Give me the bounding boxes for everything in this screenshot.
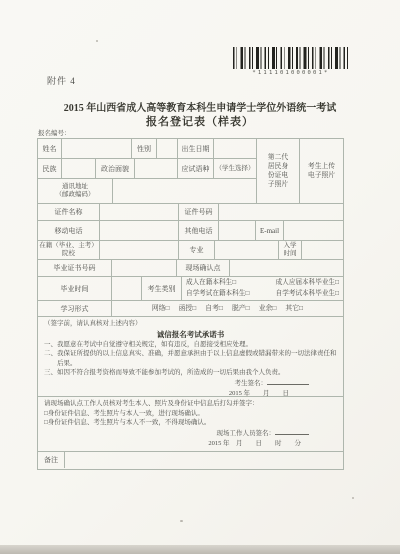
attachment-label: 附件 4 (47, 74, 76, 87)
email-field (284, 221, 343, 240)
confirm-site-label: 现场确认点 (177, 260, 230, 276)
table-row: 姓名 性别 出生日期 (38, 139, 256, 159)
confirmation-date-line: 2015 年 月 日 时 分 (44, 439, 337, 449)
checkbox-option: 成人应届本科毕业生□ (276, 279, 339, 287)
checkbox-option: 成人在籍本科生□ (186, 279, 236, 287)
table-row: 通讯地址 （邮政编码） (38, 179, 256, 203)
staff-signature-line: 现场工作人员签名： (44, 428, 337, 439)
form-title-line1: 2015 年山西省成人高等教育本科生申请学士学位外语统一考试 (0, 99, 400, 114)
birthdate-field (214, 139, 256, 158)
address-field (113, 179, 256, 203)
candidate-type-options: 成人在籍本科生□ 成人应届本科毕业生□ 自学考试在籍本科生□ 自学考试本科毕业生… (182, 277, 343, 300)
gender-field (157, 139, 178, 158)
pledge-item-1: 一、我愿意在考试中自觉遵守相关规定，如有违反，自愿接受相应处理。 (44, 340, 337, 350)
confirmation-check-fail: □身份证件信息、考生照片与本人不一致，不得现场确认。 (44, 418, 337, 428)
upload-photo-text: 电子照片 (308, 171, 335, 180)
graduation-time-field (112, 277, 142, 300)
graduation-time-label: 毕业时间 (38, 277, 112, 300)
school-label: 在籍（毕业、主考） 院校 (38, 241, 100, 259)
document-name-label: 证件名称 (38, 204, 100, 220)
checkbox-option: 自学考试本科毕业生□ (276, 290, 339, 298)
barcode (233, 47, 349, 69)
other-phone-label: 其他电话 (179, 221, 219, 240)
checkbox-option: 其它□ (285, 305, 303, 313)
school-field (100, 241, 179, 259)
major-label: 专业 (179, 241, 215, 259)
enrollment-time-line2: 时间 (284, 250, 297, 259)
photo-area: 第二代 居民身 份证电 子照片 考生上传 电子照片 (257, 139, 343, 203)
checkbox-option: 业余□ (259, 305, 277, 313)
checkbox-option: 网络□ (152, 305, 170, 313)
study-form-options: 网络□ 函授□ 自考□ 脱产□ 业余□ 其它□ (112, 301, 343, 316)
candidate-type-line1: 成人在籍本科生□ 成人应届本科毕业生□ (186, 279, 339, 287)
address-label: 通讯地址 （邮政编码） (38, 179, 113, 203)
school-label-line1: 在籍（毕业、主考） (39, 242, 98, 251)
table-row: 备注 (38, 452, 343, 468)
table-top-left: 姓名 性别 出生日期 民族 政治面貌 应试语种 （学生选择） (38, 139, 257, 203)
document-name-field (100, 204, 179, 220)
birthdate-label: 出生日期 (178, 139, 214, 158)
candidate-signature-label: 考生签名： (235, 380, 268, 387)
major-field (215, 241, 279, 259)
scanned-form-page: 附件 4 *111101000001* 2015 年山西省成人高等教育本科生申请… (0, 0, 400, 554)
scan-speckle (180, 520, 183, 522)
remarks-label: 备注 (38, 452, 65, 468)
pledge-section: （签字前，请认真核对上述内容） 诚信报名考试承诺书 一、我愿意在考试中自觉遵守相… (38, 317, 343, 397)
pledge-pre-note: （签字前，请认真核对上述内容） (44, 319, 337, 329)
mobile-phone-label: 移动电话 (38, 221, 100, 240)
confirmation-check-ok: □身份证件信息、考生照片与本人一致，进行现场确认。 (44, 409, 337, 419)
table-row: 证件名称 证件号码 (38, 204, 343, 221)
ethnicity-field (62, 159, 96, 178)
pledge-item-3: 三、如因不符合报考资格而导致不能参加考试的，所造成的一切后果由我个人负责。 (44, 368, 337, 378)
pledge-item-2: 二、我保证所提供的以上信息真实、准确，并愿意承担由于以上信息虚假或错漏带来的一切… (44, 349, 337, 368)
id-photo-text: 第二代 (268, 153, 288, 162)
scan-speckle (96, 40, 98, 42)
onsite-confirmation-section: 请现场确认点工作人员核对考生本人、照片及身份证中信息后打勾并签字： □身份证件信… (38, 397, 343, 452)
school-label-line2: 院校 (62, 250, 75, 259)
political-status-field (135, 159, 178, 178)
form-title-line2: 报名登记表（样表） (0, 113, 400, 129)
checkbox-option: 脱产□ (232, 305, 250, 313)
enrollment-time-line1: 入学 (284, 242, 297, 251)
table-top-section: 姓名 性别 出生日期 民族 政治面貌 应试语种 （学生选择） (38, 139, 343, 204)
page-edge-shadow (0, 545, 400, 554)
barcode-number: *111101000001* (233, 70, 349, 76)
political-status-label: 政治面貌 (96, 159, 135, 178)
candidate-type-label: 考生类别 (142, 277, 182, 300)
address-label-line2: （邮政编码） (56, 191, 95, 199)
ethnicity-label: 民族 (38, 159, 62, 178)
signature-underline (275, 428, 309, 435)
remarks-field (65, 452, 343, 468)
upload-photo-box: 考生上传 电子照片 (300, 139, 343, 203)
exam-language-label: 应试语种 (178, 159, 214, 178)
table-row: 学习形式 网络□ 函授□ 自考□ 脱产□ 业余□ 其它□ (38, 301, 343, 317)
confirm-site-field (230, 260, 343, 276)
study-form-label: 学习形式 (38, 301, 112, 316)
upload-photo-text: 考生上传 (308, 162, 335, 171)
staff-signature-label: 现场工作人员签名： (217, 430, 276, 437)
email-label: E-mail (256, 221, 284, 240)
table-row: 民族 政治面貌 应试语种 （学生选择） (38, 159, 256, 179)
registration-table: 姓名 性别 出生日期 民族 政治面貌 应试语种 （学生选择） (37, 138, 344, 470)
address-label-line1: 通讯地址 (62, 183, 88, 191)
table-row: 移动电话 其他电话 E-mail (38, 221, 343, 241)
checkbox-option: 自考□ (205, 305, 223, 313)
mobile-phone-field (100, 221, 179, 240)
id-photo-text: 份证电 (268, 171, 288, 180)
document-number-label: 证件号码 (179, 204, 219, 220)
gender-label: 性别 (132, 139, 157, 158)
diploma-number-field (112, 260, 177, 276)
scan-speckle (352, 497, 354, 499)
exam-language-note: （学生选择） (214, 159, 256, 178)
checkbox-option: 函授□ (179, 305, 197, 313)
other-phone-field (219, 221, 256, 240)
pledge-title: 诚信报名考试承诺书 (44, 329, 337, 340)
candidate-type-line2: 自学考试在籍本科生□ 自学考试本科毕业生□ (186, 290, 339, 298)
table-row: 毕业时间 考生类别 成人在籍本科生□ 成人应届本科毕业生□ 自学考试在籍本科生□… (38, 277, 343, 301)
diploma-number-label: 毕业证书号码 (38, 260, 112, 276)
enrollment-time-label: 入学 时间 (279, 241, 302, 259)
id-photo-text: 子照片 (268, 180, 288, 189)
document-number-field (219, 204, 343, 220)
candidate-signature-line: 考生签名： (44, 378, 337, 389)
id-card-photo-box: 第二代 居民身 份证电 子照片 (257, 139, 300, 203)
table-row: 毕业证书号码 现场确认点 (38, 260, 343, 277)
id-photo-text: 居民身 (268, 162, 288, 171)
enrollment-time-field (302, 241, 343, 259)
registration-number-label: 报名编号： (38, 128, 71, 137)
table-row: 在籍（毕业、主考） 院校 专业 入学 时间 (38, 241, 343, 260)
checkbox-option: 自学考试在籍本科生□ (186, 290, 249, 298)
confirmation-note: 请现场确认点工作人员核对考生本人、照片及身份证中信息后打勾并签字： (44, 399, 337, 409)
signature-underline (267, 378, 309, 385)
name-field (62, 139, 132, 158)
name-label: 姓名 (38, 139, 62, 158)
